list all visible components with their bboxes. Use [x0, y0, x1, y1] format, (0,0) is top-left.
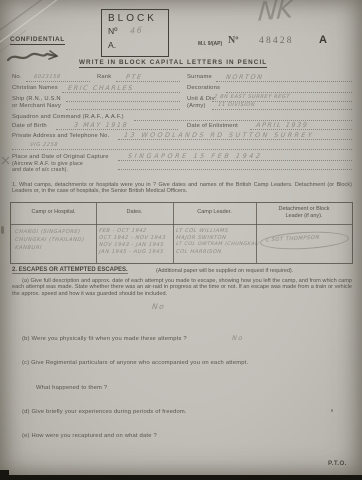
field-squadron-label: Squadron and Command (R.A.F., A.A.F.) — [12, 114, 124, 120]
stamp-number: 48428 — [259, 36, 294, 46]
camp-entry-0: CHANGI (SINGAPORE) — [15, 229, 81, 235]
question2-heading: 2. ESCAPES OR ATTEMPTED ESCAPES. — [12, 267, 128, 274]
field-surname-line — [216, 81, 352, 82]
question-d-text: (d) Give briefly your experiences during… — [22, 409, 187, 415]
field-decorations-line — [226, 92, 352, 93]
field-enlistment-value: APRIL 1939 — [256, 121, 309, 129]
margin-smudge — [1, 226, 4, 234]
field-dob-value: 3 MAY 1918 — [74, 121, 129, 129]
pencil-note-nk: NK — [257, 0, 293, 28]
field-surname-label: Surname — [187, 74, 212, 80]
field-unit-value-line2: 11 DIVISION — [218, 102, 256, 108]
scan-corner-edge — [0, 470, 9, 480]
table-header-dates: Dates. — [96, 209, 173, 215]
field-ship-line1 — [66, 101, 180, 102]
field-christian-names-label: Christian Names — [12, 85, 58, 91]
field-address-value-line2: VIG 2258 — [30, 142, 59, 148]
field-capture-line — [118, 160, 352, 161]
question2-note: (Additional paper will be supplied on re… — [156, 268, 293, 274]
field-address-line — [118, 139, 352, 140]
question1-text: 1. What camps, detachments or hospitals … — [12, 182, 352, 195]
scanned-form-page: CONFIDENTIAL BLOCK Nº 46 A. M.I. 9/(AP) … — [0, 0, 362, 480]
instruction-heading: WRITE IN BLOCK CAPITAL LETTERS IN PENCIL — [79, 59, 267, 68]
table-header-camp: Camp or Hospital. — [11, 209, 96, 215]
stamp-no-label: Nº — [228, 35, 239, 46]
field-enlistment-label: Date of Enlistment — [187, 123, 238, 129]
dates-entry-3: JAN 1945 - AUG 1945 — [99, 249, 164, 255]
field-capture-line2 — [118, 169, 352, 170]
field-ship-label-line1: Ship (R.N., U.S.N — [12, 96, 61, 102]
field-address-label: Private Address and Telephone No. — [12, 133, 109, 139]
block-box-no-label: Nº — [108, 26, 117, 36]
table-header-leader: Camp Leader. — [173, 209, 256, 215]
field-rank-value: PTE — [126, 73, 144, 81]
table-header-block-line1: Detachment or Block — [256, 206, 352, 212]
paper-crease-marks — [0, 0, 80, 55]
question-e-text: (e) How were you recaptured and on what … — [22, 433, 157, 439]
camp-entry-2: KANBURI — [15, 245, 43, 251]
field-capture-label: Place and Date of Original Capture — [12, 154, 109, 160]
field-surname-value: NORTON — [226, 73, 265, 81]
field-christian-names-value: ERIC CHARLES — [68, 84, 135, 92]
table-header-block-line2: Leader (if any). — [256, 213, 352, 219]
field-no-value: 6023158 — [34, 74, 61, 80]
table-vline-3 — [256, 203, 257, 263]
margin-x-mark — [1, 156, 10, 165]
question-a-text: (a) Give full description and approx. da… — [12, 278, 352, 297]
field-ship-line2 — [66, 109, 180, 110]
form-reference: M.I. 9/(AP) — [198, 41, 222, 47]
field-address-line2 — [12, 149, 352, 150]
pencil-scribble-arrow — [6, 48, 60, 66]
camps-table: Camp or Hospital. Dates. Camp Leader. De… — [10, 202, 353, 264]
table-header-divider — [11, 224, 352, 225]
field-no-line — [26, 81, 90, 82]
field-address-value: 13 WOODLANDS RD SUTTON SURREY — [124, 131, 315, 139]
question-c-text: (c) Give Regimental particulars of anyon… — [22, 360, 248, 366]
dates-entry-0: FEB - OCT 1942 — [99, 228, 147, 234]
answer-a: No — [151, 302, 166, 311]
field-christian-names-line — [62, 92, 180, 93]
field-dob-line — [56, 129, 178, 130]
camp-entry-1: CHUNGKAI (THAILAND) — [15, 237, 85, 243]
block-box-title: BLOCK — [108, 13, 157, 24]
leader-entry-2: LT COL OWTRAM (CHUNGKAI) — [176, 242, 260, 247]
pto-label: P.T.O. — [328, 460, 347, 467]
field-capture-value: SINGAPORE 15 FEB 1942 — [128, 152, 264, 160]
block-number-box: BLOCK Nº 46 A. — [101, 9, 169, 57]
leader-entry-3: COL HARRISON — [176, 249, 222, 255]
field-dob-label: Date of Birth — [12, 123, 47, 129]
field-capture-note-line2: and date of a/c crash). — [12, 167, 68, 173]
field-unit-label-line2: (Army) — [187, 103, 206, 109]
block-box-letter: A. — [108, 40, 116, 50]
stamp-letter: A — [319, 34, 327, 46]
paper-speck — [331, 409, 333, 412]
field-ship-label-line2: or Merchant Navy — [12, 103, 61, 109]
field-decorations-label: Decorations — [187, 85, 220, 91]
question-c-followup: What happened to them ? — [36, 385, 107, 391]
field-unit-line2 — [212, 109, 352, 110]
field-squadron-line — [134, 120, 352, 121]
dates-entry-1: OCT 1942 - NOV 1943 — [99, 235, 167, 241]
scan-bottom-edge — [0, 475, 362, 480]
field-unit-value-line1: 2 BN EAST SURREY REGT — [214, 94, 291, 100]
dates-entry-2: NOV 1943 - JAN 1945 — [99, 242, 165, 248]
leader-entry-1: MAJOR SWINTON — [176, 235, 227, 241]
block-box-no-value: 46 — [130, 25, 144, 35]
leader-entry-0: LT COL WILLIAMS — [176, 228, 229, 234]
field-rank-label: Rank — [97, 74, 111, 80]
field-enlistment-line — [250, 129, 352, 130]
field-no-label: No. — [12, 74, 22, 80]
confidential-label: CONFIDENTIAL — [10, 36, 65, 45]
answer-b: No — [232, 334, 245, 342]
field-rank-line — [116, 81, 180, 82]
question-b-text: (b) Were you physically fit when you mad… — [22, 336, 187, 342]
